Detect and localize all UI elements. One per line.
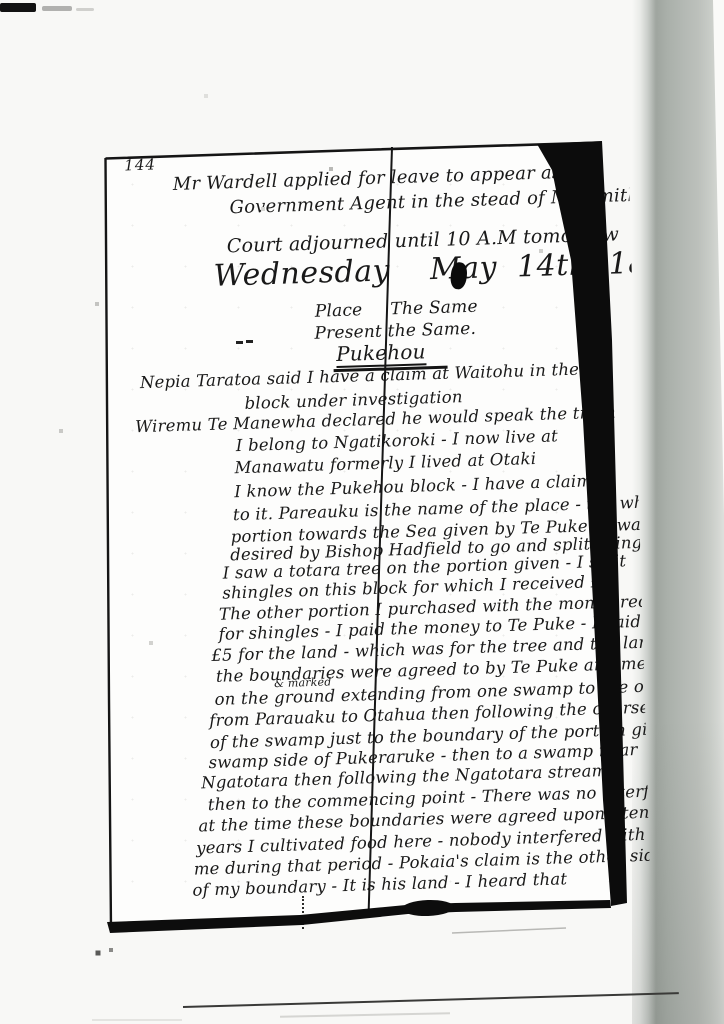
bottom-ink-blob <box>402 899 455 917</box>
scanned-page-photo: 144 Mr Wardell applied for leave to appe… <box>0 0 724 1024</box>
page-bottom-border <box>107 900 611 933</box>
faint-scan-line <box>452 928 566 933</box>
photocopy-border-overlay <box>0 0 724 1024</box>
gutter-shadow-band <box>537 141 627 906</box>
page-top-border <box>106 143 602 159</box>
page-left-border <box>106 158 112 929</box>
